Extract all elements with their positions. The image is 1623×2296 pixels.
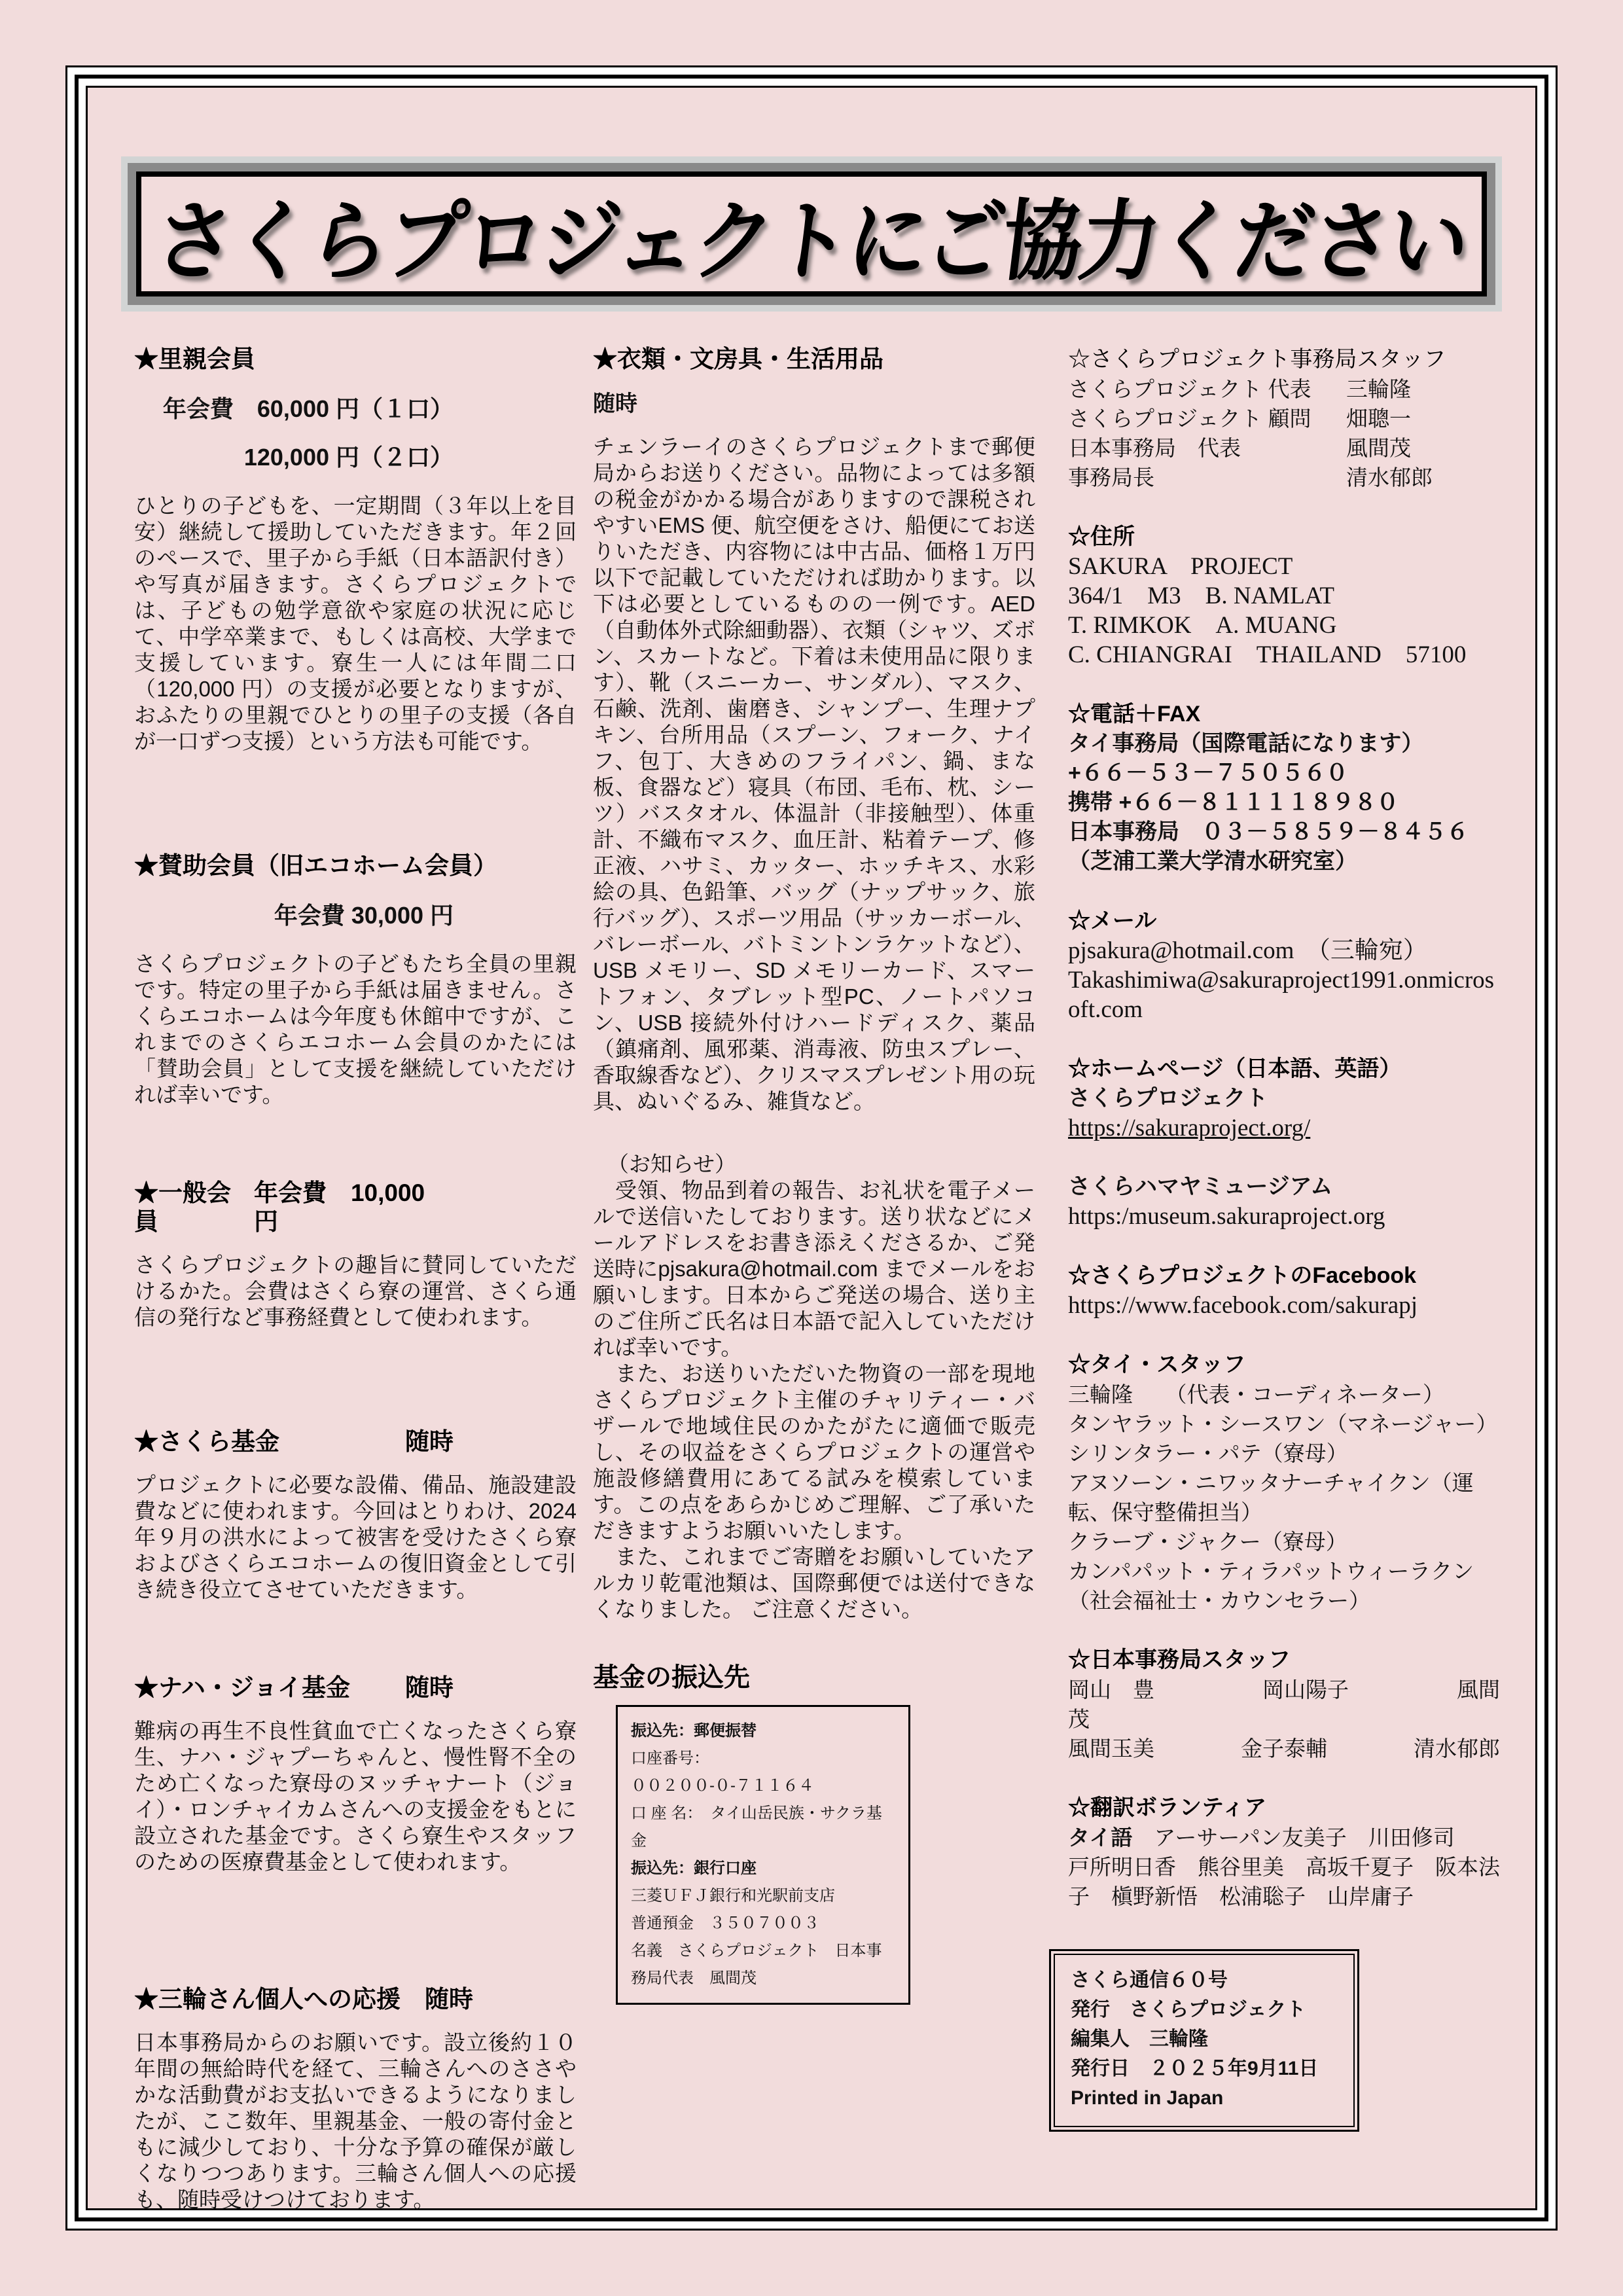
notice-paragraphs: 受領、物品到着の報告、お礼状を電子メールで送信いたしております。送り状などにメー… [593,1177,1035,1623]
bank-box-line: 普通預金 ３５０７００３ [631,1910,895,1937]
bank-box-line: 三菱ＵＦＪ銀行和光駅前支店 [631,1882,895,1910]
section-heading-row: ★一般会員年会費 10,000 円 [134,1179,577,1236]
text-line: タンヤラット・シースワン（マネージャー） [1068,1409,1500,1439]
membership-section: ★一般会員年会費 10,000 円さくらプロジェクトの趣旨に賛同していただけるか… [134,1179,577,1331]
membership-section: ★ナハ・ジョイ基金随時難病の再生不良性貧血で亡くなったさくら寮生、ナハ・ジャプー… [134,1674,577,1875]
text-line: 三輪隆 （代表・コーディネーター） [1068,1380,1500,1409]
info-section: ☆さくらプロジェクトのFacebookhttps://www.facebook.… [1068,1261,1500,1320]
text-line: タイ事務局（国際電話になります） [1068,729,1500,759]
section-heading: ☆ホームページ（日本語、英語） [1068,1054,1500,1084]
content-columns: ★里親会員年会費 60,000 円（１口）120,000 円（２口）ひとりの子ど… [134,345,1503,2210]
staff-role: 事務局長 [1068,463,1346,492]
info-section: ☆ホームページ（日本語、英語）さくらプロジェクトhttps://sakurapr… [1068,1054,1500,1231]
section-heading-right: 年会費 10,000 円 [254,1179,454,1236]
colophon-line: さくら通信６０号 [1071,1965,1338,1995]
text-line: カンパパット・ティラパットウィーラクン（社会福祉士・カウンセラー） [1068,1556,1500,1615]
text-line: タイ語 アーサーパン友美子 川田修司 [1068,1823,1500,1852]
column-left: ★里親会員年会費 60,000 円（１口）120,000 円（２口）ひとりの子ど… [134,345,577,2210]
text-line: C. CHIANGRAI THAILAND 57100 [1068,640,1500,670]
text-line: 岡山 豊 岡山陽子 風間 茂 [1068,1675,1500,1734]
fee-line: 120,000 円（２口） [134,444,577,471]
fee-line: 年会費 30,000 円 [134,903,577,929]
text-line: 戸所明日香 熊谷里美 高坂千夏子 阪本法子 槇野新悟 松浦聡子 山岸庸子 [1068,1852,1500,1911]
info-section: ☆住所SAKURA PROJECT364/1 M3 B. NAMLATT. RI… [1068,522,1500,670]
section-heading: ☆日本事務局スタッフ [1068,1645,1500,1675]
colophon-line: Printed in Japan [1071,2083,1338,2113]
text-line: pjsakura@hotmail.com （三輪宛） [1068,936,1500,965]
column-middle: ★衣類・文房具・生活用品 随時 チェンラーイのさくらプロジェクトまで郵便局からお… [593,345,1035,2005]
text-line: クラーブ・ジャクー（寮母） [1068,1527,1500,1556]
staff-row: さくらプロジェクト 代表三輪隆 [1068,374,1500,404]
text-line: SAKURA PROJECT [1068,552,1500,581]
text-line: Takashimiwa@sakuraproject1991.onmicrosof… [1068,965,1500,1024]
section-heading-row: ★ナハ・ジョイ基金随時 [134,1674,577,1702]
bank-box-line: 口座番号： [631,1745,895,1772]
staff-name: 風間茂 [1346,433,1411,463]
text-line: https:/museum.sakuraproject.org [1068,1202,1500,1231]
info-section: ☆タイ・スタッフ三輪隆 （代表・コーディネーター）タンヤラット・シースワン（マネ… [1068,1350,1500,1615]
membership-section: ★里親会員年会費 60,000 円（１口）120,000 円（２口）ひとりの子ど… [134,345,577,755]
middle-border-frame: さくらプロジェクトにご協力ください ★里親会員年会費 60,000 円（１口）1… [75,75,1548,2221]
outer-border-frame: さくらプロジェクトにご協力ください ★里親会員年会費 60,000 円（１口）1… [65,65,1558,2231]
staff-role: 日本事務局 代表 [1068,433,1346,463]
staff-row: 事務局長清水郁郎 [1068,463,1500,492]
paragraph: さくらプロジェクトの趣旨に賛同していただけるかた。会費はさくら寮の運営、さくら通… [134,1252,577,1331]
section-heading: ★ナハ・ジョイ基金 [134,1674,350,1702]
colophon-line: 発行 さくらプロジェクト [1071,1995,1338,2024]
staff-role: さくらプロジェクト 顧問 [1068,404,1346,433]
paragraph: プロジェクトに必要な設備、備品、施設建設費などに使われます。今回はとりわけ、20… [134,1472,577,1603]
text-line: 携帯 +６６－８１１１１８９８０ [1068,788,1500,817]
membership-section: ★さくら基金随時プロジェクトに必要な設備、備品、施設建設費などに使われます。今回… [134,1427,577,1603]
page-title: さくらプロジェクトにご協力ください [148,171,1474,297]
membership-section: ★三輪さん個人への応援 随時日本事務局からのお願いです。設立後約１０年間の無給時… [134,1985,577,2210]
colophon-line: 発行日 ２０２５年9月11日 [1071,2054,1338,2083]
colophon-inner: さくら通信６０号発行 さくらプロジェクト編集人 三輪隆発行日 ２０２５年9月11… [1054,1954,1355,2127]
text-line: https://www.facebook.com/sakurapj [1068,1291,1500,1320]
paragraph: チェンラーイのさくらプロジェクトまで郵便局からお送りください。品物によっては多額… [593,434,1035,1115]
section-heading: ★賛助会員（旧エコホーム会員） [134,852,577,880]
notice-paragraph: また、お送りいただいた物資の一部を現地さくらプロジェクト主催のチャリティー・バザ… [593,1361,1035,1544]
notice-paragraph: また、これまでご寄贈をお願いしていたアルカリ乾電池類は、国際郵便では送付できなく… [593,1544,1035,1623]
section-heading: ☆電話＋FAX [1068,700,1500,729]
staff-role: さくらプロジェクト 代表 [1068,374,1346,404]
label-bold: タイ語 [1068,1825,1154,1850]
staff-name: 清水郁郎 [1346,463,1433,492]
notice-heading: （お知らせ） [593,1151,1035,1177]
staff-row: さくらプロジェクト 顧問畑聰一 [1068,404,1500,433]
spacer [1068,1143,1500,1172]
text-line: さくらハマヤミュージアム [1068,1172,1500,1202]
paragraph: 日本事務局からのお願いです。設立後約１０年間の無給時代を経て、三輪さんへのささや… [134,2030,577,2210]
section-heading-row: ★さくら基金随時 [134,1427,577,1456]
info-section: ☆日本事務局スタッフ岡山 豊 岡山陽子 風間 茂風間玉美 金子泰輔 清水郁郎 [1068,1645,1500,1763]
staff-name: 畑聰一 [1346,404,1411,433]
bank-box-line: 口 座 名： タイ山岳民族・サクラ基金 [631,1800,895,1855]
text-line: 364/1 M3 B. NAMLAT [1068,581,1500,611]
text-line: シリンタラー・パテ（寮母） [1068,1439,1500,1468]
bank-box-line: 振込先：銀行口座 [631,1855,895,1882]
fee-line: 年会費 60,000 円（１口） [134,396,577,422]
section-heading: ★衣類・文房具・生活用品 [593,345,1035,374]
section-heading: ☆メール [1068,906,1500,936]
text-line: 風間玉美 金子泰輔 清水郁郎 [1068,1734,1500,1763]
notice-block: （お知らせ） 受領、物品到着の報告、お礼状を電子メールで送信いたしております。送… [593,1151,1035,1623]
text-line: 日本事務局 ０３－５８５９－８４５６ [1068,817,1500,847]
bank-transfer-heading: 基金の振込先 [593,1664,1035,1691]
staff-row: 日本事務局 代表風間茂 [1068,433,1500,463]
section-heading: ★一般会員 [134,1179,254,1236]
info-section: ☆さくらプロジェクト事務局スタッフさくらプロジェクト 代表三輪隆さくらプロジェク… [1068,345,1500,492]
bank-box-line: 振込先：郵便振替 [631,1717,895,1745]
section-heading: ☆住所 [1068,522,1500,552]
paragraph: ひとりの子どもを、一定期間（３年以上を目安）継続して援助していただきます。年２回… [134,493,577,755]
text-line: T. RIMKOK A. MUANG [1068,611,1500,640]
info-section: ☆メールpjsakura@hotmail.com （三輪宛）Takashimiw… [1068,906,1500,1024]
anytime-label: 随時 [593,391,1035,417]
section-heading: ★里親会員 [134,345,577,374]
text-line: アヌソーン・ニワッタナーチャイクン（運転、保守整備担当） [1068,1468,1500,1527]
section-heading-right: 随時 [405,1674,454,1702]
section-heading: ★さくら基金 [134,1427,279,1456]
section-heading: ★三輪さん個人への応援 随時 [134,1985,577,2014]
url-link[interactable]: https://sakuraproject.org/ [1068,1113,1500,1143]
membership-section: ★賛助会員（旧エコホーム会員）年会費 30,000 円さくらプロジェクトの子ども… [134,852,577,1108]
text-line: （芝浦工業大学清水研究室） [1068,847,1500,876]
staff-name: 三輪隆 [1346,374,1411,404]
section-heading: ☆さくらプロジェクト事務局スタッフ [1068,345,1500,374]
section-heading-right: 随時 [405,1427,454,1456]
section-heading: ☆さくらプロジェクトのFacebook [1068,1261,1500,1291]
bank-box-line: 名義 さくらプロジェクト 日本事務局代表 風間茂 [631,1937,895,1992]
info-section: ☆翻訳ボランティアタイ語 アーサーパン友美子 川田修司戸所明日香 熊谷里美 高坂… [1068,1793,1500,1911]
paragraph: さくらプロジェクトの子どもたち全員の里親です。特定の里子から手紙は届きません。さ… [134,951,577,1108]
inner-border-frame: さくらプロジェクトにご協力ください ★里親会員年会費 60,000 円（１口）1… [86,86,1537,2210]
bank-transfer-box: 振込先：郵便振替口座番号：００２００-０-７１１６４口 座 名： タイ山岳民族・… [616,1705,910,2005]
title-banner: さくらプロジェクトにご協力ください [136,171,1487,296]
paragraph: 難病の再生不良性貧血で亡くなったさくら寮生、ナハ・ジャプーちゃんと、慢性腎不全の… [134,1718,577,1875]
section-heading: ☆タイ・スタッフ [1068,1350,1500,1380]
text-line: +６６－５３－７５０５６０ [1068,759,1500,788]
colophon-line: 編集人 三輪隆 [1071,2024,1338,2054]
text-line: さくらプロジェクト [1068,1084,1500,1113]
column-right: ☆さくらプロジェクト事務局スタッフさくらプロジェクト 代表三輪隆さくらプロジェク… [1068,345,1500,2132]
notice-paragraph: 受領、物品到着の報告、お礼状を電子メールで送信いたしております。送り状などにメー… [593,1177,1035,1361]
bank-box-line: ００２００-０-７１１６４ [631,1772,895,1800]
colophon-box: さくら通信６０号発行 さくらプロジェクト編集人 三輪隆発行日 ２０２５年9月11… [1049,1949,1359,2132]
info-section: ☆電話＋FAXタイ事務局（国際電話になります）+６６－５３－７５０５６０携帯 +… [1068,700,1500,876]
section-heading: ☆翻訳ボランティア [1068,1793,1500,1823]
